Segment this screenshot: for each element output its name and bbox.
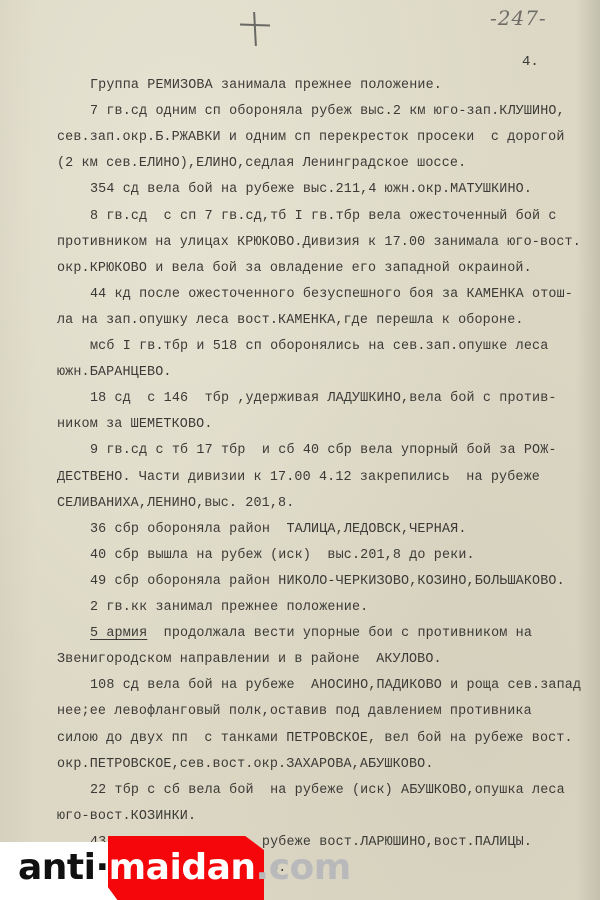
watermark-anti: anti [18, 847, 95, 888]
text-line: ла на зап.опушку леса вост.КАМЕНКА,где п… [57, 313, 524, 329]
text-line: силою до двух пп с танками ПЕТРОВСКОЕ, в… [57, 731, 573, 747]
text-line: ником за ШЕМЕТКОВО. [57, 417, 213, 433]
text-line: 40 сбр вышла на рубеж (иск) выс.201,8 до… [90, 548, 475, 564]
text-line: окр.ПЕТРОВСКОЕ,сев.вост.окр.ЗАХАРОВА,АБУ… [57, 757, 434, 773]
watermark-com: .com [256, 847, 351, 888]
text-line: 49 сбр обороняла район НИКОЛО-ЧЕРКИЗОВО,… [90, 574, 565, 590]
text-line: 5 армия продолжала вести упорные бои с п… [90, 626, 532, 642]
text-line: ДЕСТВЕНО. Части дивизии к 17.00 4.12 зак… [57, 470, 540, 486]
text-line: юго-вост.КОЗИНКИ. [57, 809, 196, 825]
text-line: мсб I гв.тбр и 518 сп оборонялись на сев… [90, 339, 548, 355]
handwritten-cross-mark [240, 12, 270, 46]
text-line: 108 сд вела бой на рубеже АНОСИНО,ПАДИКО… [90, 678, 581, 694]
text-line: (2 км сев.ЕЛИНО),ЕЛИНО,седлая Ленинградс… [57, 156, 466, 172]
watermark-maidan: maidan [109, 847, 256, 888]
text-line: 8 гв.сд с сп 7 гв.сд,тб I гв.тбр вела ож… [90, 209, 557, 225]
watermark-separator: · [95, 847, 108, 888]
text-line: 22 тбр с сб вела бой на рубеже (иск) АБУ… [90, 783, 565, 799]
text-line: противником на улицах КРЮКОВО.Дивизия к … [57, 235, 581, 251]
watermark-logo: anti·maidan.com [0, 836, 310, 900]
text-line: Группа РЕМИЗОВА занимала прежнее положен… [90, 78, 442, 94]
text-line: 18 сд с 146 тбр ,удерживая ЛАДУШКИНО,вел… [90, 391, 557, 407]
text-line: 2 гв.кк занимал прежнее положение. [90, 600, 368, 616]
text-line: нее;ее левофланговый полк,оставив под да… [57, 704, 532, 720]
text-line: СЕЛИВАНИХА,ЛЕНИНО,выс. 201,8. [57, 496, 294, 512]
text-line: Звенигородском направлении и в районе АК… [57, 652, 442, 668]
text-line: сев.зап.окр.Б.РЖАВКИ и одним сп перекрес… [57, 130, 565, 146]
text-line: 44 кд после ожесточенного безуспешного б… [90, 287, 573, 303]
page-number: 4. [522, 54, 539, 70]
document-page: -247- 4. Группа РЕМИЗОВА занимала прежне… [0, 0, 600, 900]
text-line: 354 сд вела бой на рубеже выс.211,4 южн.… [90, 182, 532, 198]
underlined-heading: 5 армия [90, 626, 147, 641]
text-line: 7 гв.сд одним сп обороняла рубеж выс.2 к… [90, 104, 565, 120]
text-line: южн.БАРАНЦЕВО. [57, 365, 172, 381]
watermark-text: anti·maidan.com [18, 844, 351, 892]
text-line: окр.КРЮКОВО и вела бой за овладение его … [57, 261, 532, 277]
text-line: 9 гв.сд с тб 17 тбр и сб 40 сбр вела упо… [90, 443, 557, 459]
text-line: 36 сбр обороняла район ТАЛИЦА,ЛЕДОВСК,ЧЕ… [90, 522, 467, 538]
archive-sheet-number: -247- [490, 6, 547, 30]
